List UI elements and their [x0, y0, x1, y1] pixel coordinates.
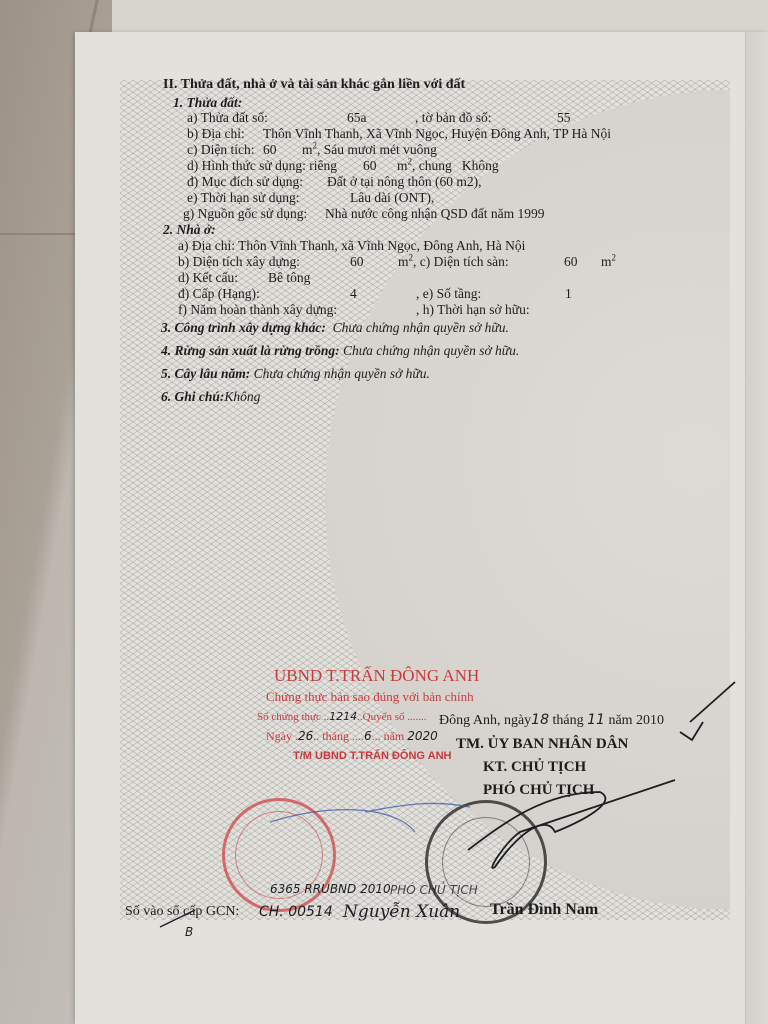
- signatures: [75, 32, 768, 1024]
- document-body: II. Thửa đất, nhà ở và tài sản khác gắn …: [75, 32, 768, 1024]
- paper-back-sheet: [112, 0, 768, 32]
- certificate-page: II. Thửa đất, nhà ở và tài sản khác gắn …: [75, 32, 768, 1024]
- floor-tile-seam: [88, 0, 98, 34]
- floor-tile-seam: [0, 233, 75, 235]
